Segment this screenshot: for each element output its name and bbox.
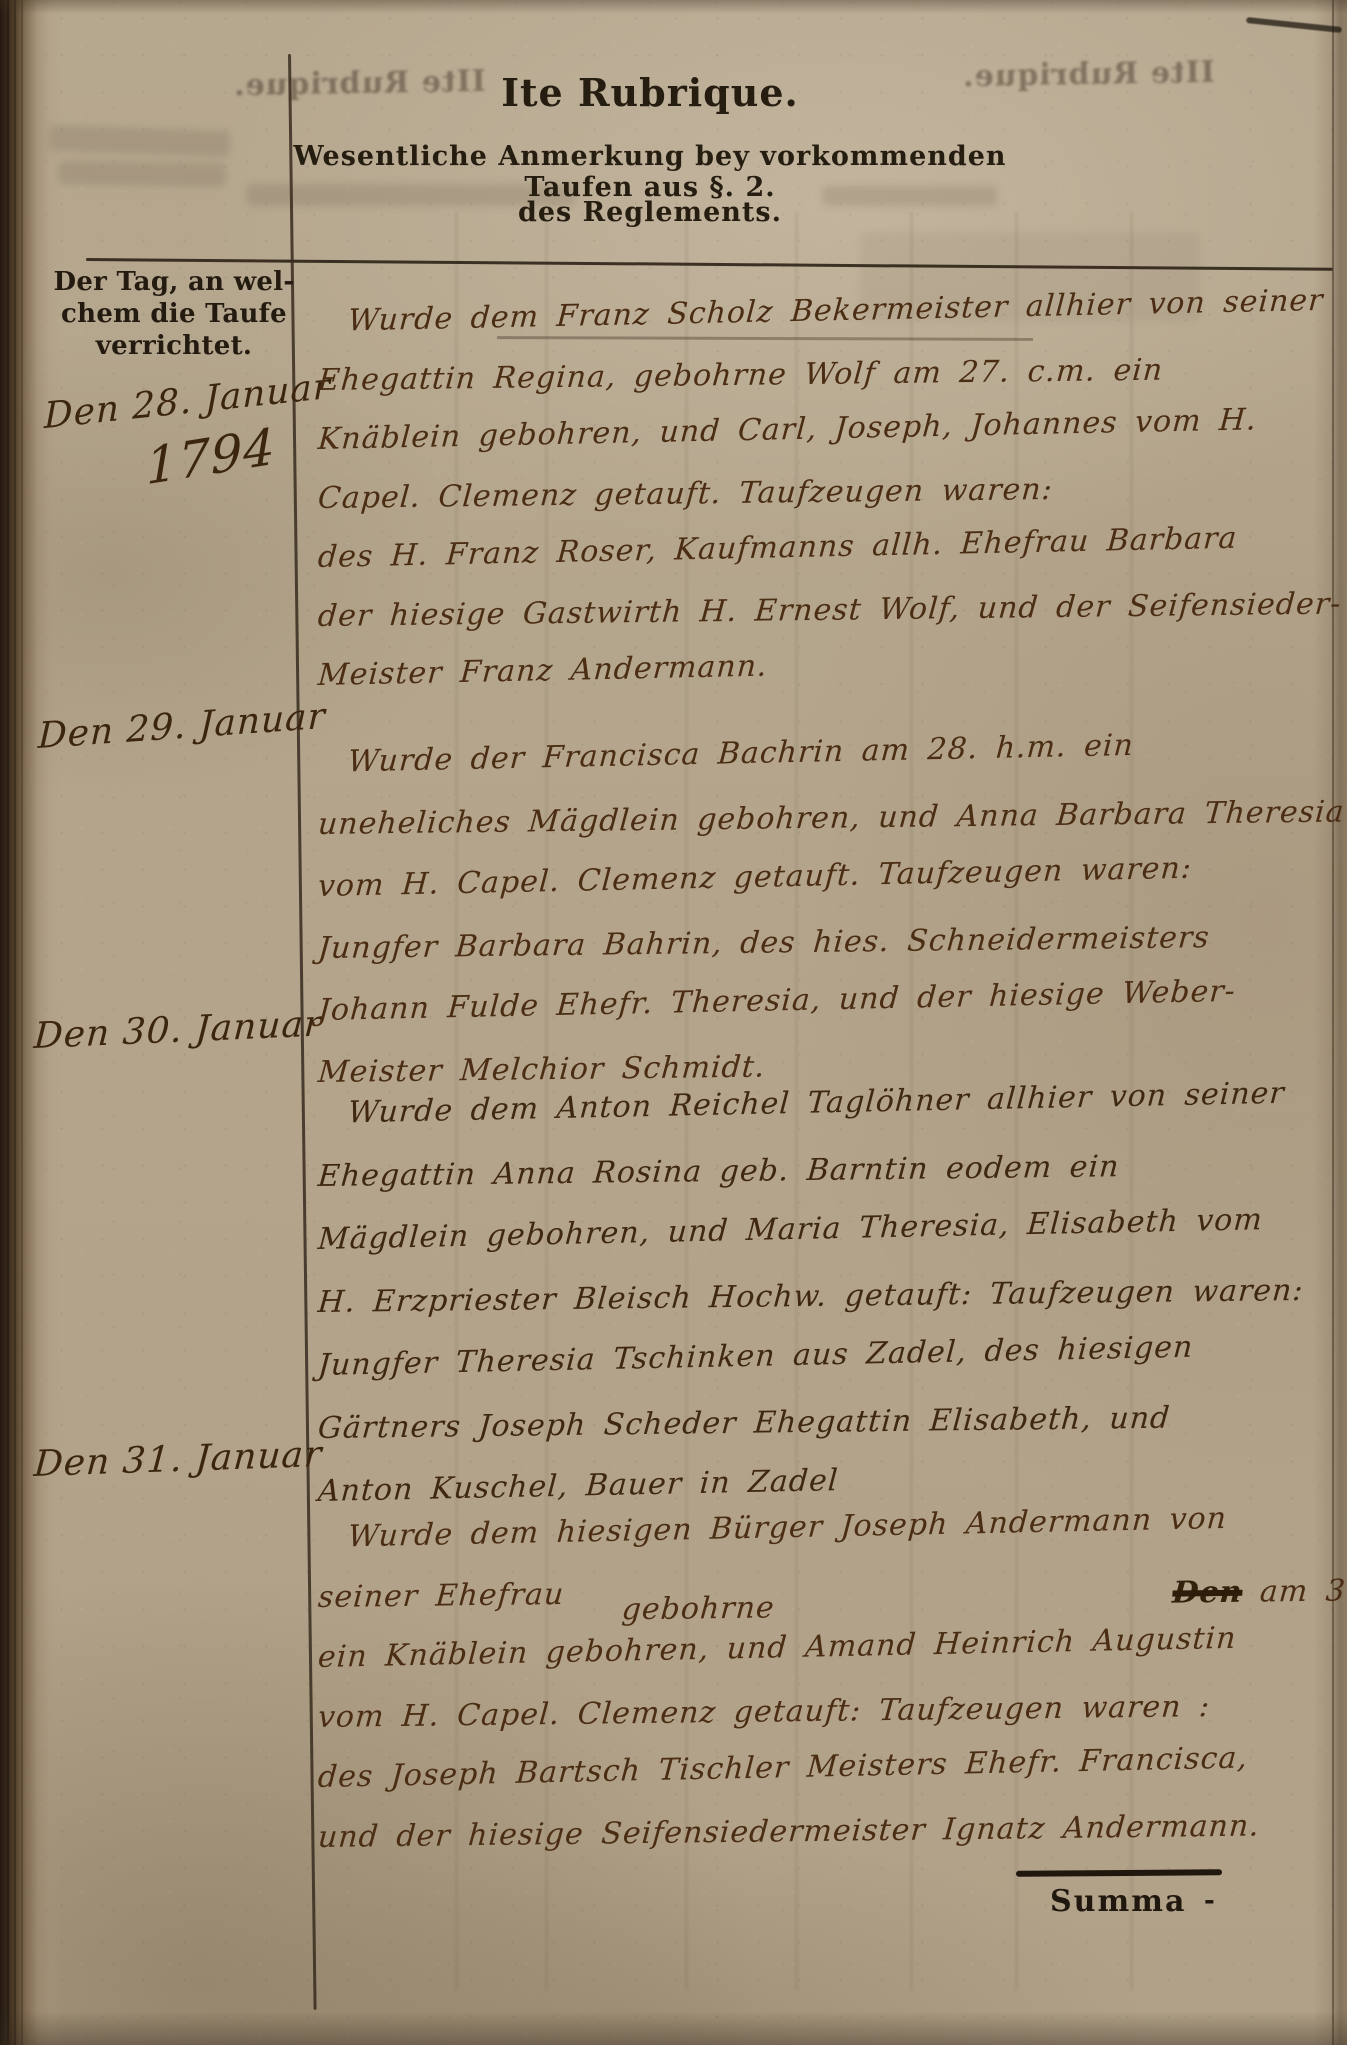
date-column-header-line-3: verrichtet.: [50, 330, 298, 362]
baptism-entry-1: Wurde dem Franz Scholz Bekermeister allh…: [318, 292, 1334, 705]
date-column-header-line-2: chem die Taufe: [50, 298, 298, 330]
baptism-entry-2: Wurde der Francisca Bachrin am 28. h.m. …: [318, 732, 1334, 1104]
page-stack-line: [7, 0, 9, 2045]
summa-dash: -: [1204, 1886, 1215, 1916]
blank-line-part-3: am 30 ej.: [1259, 1572, 1347, 1609]
ink-smudge: [58, 161, 226, 188]
blank-line-part-1: seiner Ehefrau: [316, 1565, 567, 1628]
baptism-entry-3: Wurde dem Anton Reichel Taglöhner allhie…: [318, 1082, 1334, 1523]
register-page: IIte Rubrique. IIte Rubrique. Ite Rubriq…: [0, 0, 1347, 2045]
date-column-header: Der Tag, an wel- chem die Taufe verricht…: [50, 266, 298, 362]
rubrique-subtitle: Wesentliche Anmerkung bey vorkommenden T…: [250, 141, 1050, 203]
date-column-header-line-1: Der Tag, an wel-: [50, 266, 298, 298]
struck-word: Den: [1171, 1575, 1244, 1611]
rubrique-title: Ite Rubrique.: [290, 70, 1010, 115]
summa-label: Summa: [1050, 1884, 1186, 1919]
page-stack-line: [21, 0, 23, 2045]
page-stack-line: [14, 0, 16, 2045]
page-edge-bottom: [0, 2011, 1347, 2045]
entry-line: und der hiesige Seifensiedermeister Igna…: [316, 1796, 1336, 1868]
rubrique-subtitle2: des Reglements.: [290, 197, 1010, 228]
page-edge-top: [0, 0, 1347, 14]
baptism-entry-4: Wurde dem hiesigen Bürger Joseph Anderma…: [318, 1508, 1334, 1868]
